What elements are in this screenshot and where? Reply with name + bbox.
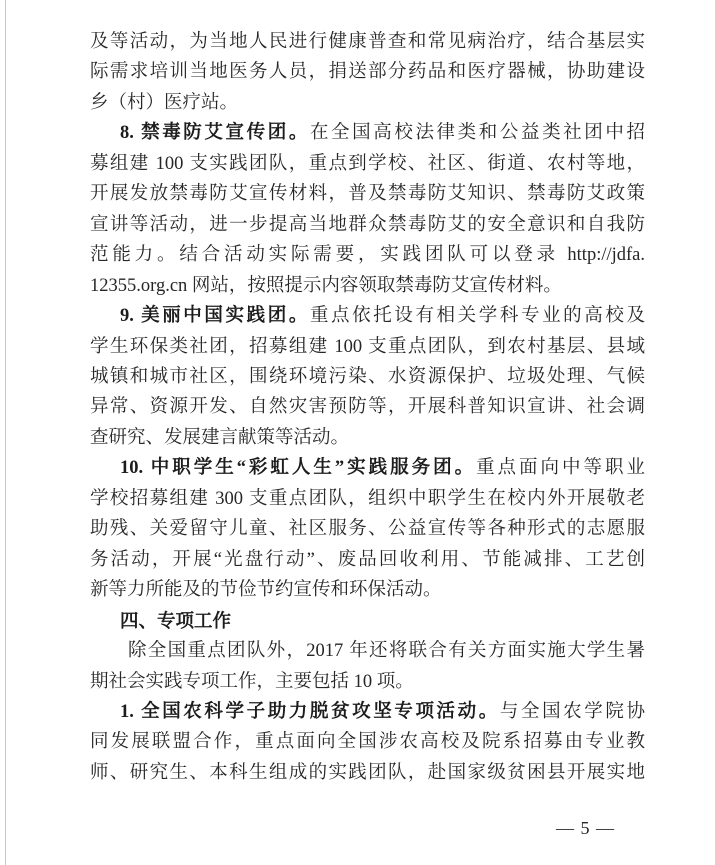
text-line: 际需求培训当地医务人员，捐送部分药品和医疗器械，协助建设 bbox=[90, 57, 645, 87]
body-text: 学生环保类社团，招募组建 100 支重点团队，到农村基层、县域 bbox=[90, 337, 645, 357]
section-heading: 四、专项工作 bbox=[90, 606, 645, 636]
lead-in-text: 8. 禁毒防艾宣传团。 bbox=[120, 123, 310, 143]
text-line: 12355.org.cn 网站，按照提示内容领取禁毒防艾宣传材料。 bbox=[90, 271, 645, 301]
text-line: 10. 中职学生“彩虹人生”实践服务团。重点面向中等职业 bbox=[90, 453, 645, 483]
body-text: 学校招募组建 300 支重点团队，组织中职学生在校内外开展敬老 bbox=[90, 489, 645, 509]
body-text: 范能力。结合活动实际需要，实践团队可以登录 http://jdfa. bbox=[90, 245, 645, 265]
body-text: 重点面向中等职业 bbox=[476, 458, 645, 478]
text-line: 异常、资源开发、自然灾害预防等，开展科普知识宣讲、社会调 bbox=[90, 392, 645, 422]
text-line: 学生环保类社团，招募组建 100 支重点团队，到农村基层、县域 bbox=[90, 332, 645, 362]
text-line: 务活动，开展“光盘行动”、废品回收利用、节能减排、工艺创 bbox=[90, 545, 645, 575]
body-text: 及等活动，为当地人民进行健康普查和常见病治疗，结合基层实 bbox=[90, 32, 645, 52]
body-text: 查研究、发展建言献策等活动。 bbox=[90, 428, 349, 448]
text-line: 开展发放禁毒防艾宣传材料，普及禁毒防艾知识、禁毒防艾政策 bbox=[90, 179, 645, 209]
lead-in-text: 10. 中职学生“彩虹人生”实践服务团。 bbox=[120, 458, 476, 478]
document-body: 及等活动，为当地人民进行健康普查和常见病治疗，结合基层实际需求培训当地医务人员，… bbox=[90, 27, 645, 788]
text-line: 查研究、发展建言献策等活动。 bbox=[90, 423, 645, 453]
body-text: 助残、关爱留守儿童、社区服务、公益宣传等各种形式的志愿服 bbox=[90, 519, 645, 539]
body-text: 乡（村）医疗站。 bbox=[90, 93, 238, 113]
page-edge-line bbox=[5, 0, 6, 865]
body-text: 同发展联盟合作，重点面向全国涉农高校及院系招募由专业教 bbox=[90, 732, 645, 752]
text-line: 8. 禁毒防艾宣传团。在全国高校法律类和公益类社团中招 bbox=[90, 118, 645, 148]
body-text: 异常、资源开发、自然灾害预防等，开展科普知识宣讲、社会调 bbox=[90, 397, 645, 417]
text-line: 学校招募组建 300 支重点团队，组织中职学生在校内外开展敬老 bbox=[90, 484, 645, 514]
text-line: 范能力。结合活动实际需要，实践团队可以登录 http://jdfa. bbox=[90, 240, 645, 270]
body-text: 新等力所能及的节俭节约宣传和环保活动。 bbox=[90, 580, 442, 600]
text-line: 新等力所能及的节俭节约宣传和环保活动。 bbox=[90, 575, 645, 605]
body-text: 与全国农学院协 bbox=[500, 702, 645, 722]
text-line: 同发展联盟合作，重点面向全国涉农高校及院系招募由专业教 bbox=[90, 727, 645, 757]
lead-in-text: 9. 美丽中国实践团。 bbox=[120, 306, 310, 326]
text-line: 募组建 100 支实践团队，重点到学校、社区、街道、农村等地， bbox=[90, 149, 645, 179]
body-text: 开展发放禁毒防艾宣传材料，普及禁毒防艾知识、禁毒防艾政策 bbox=[90, 184, 645, 204]
text-line: 9. 美丽中国实践团。重点依托设有相关学科专业的高校及 bbox=[90, 301, 645, 331]
text-line: 期社会实践专项工作，主要包括 10 项。 bbox=[90, 667, 645, 697]
text-line: 师、研究生、本科生组成的实践团队，赴国家级贫困县开展实地 bbox=[90, 758, 645, 788]
body-text: 在全国高校法律类和公益类社团中招 bbox=[310, 123, 645, 143]
body-text: 募组建 100 支实践团队，重点到学校、社区、街道、农村等地， bbox=[90, 154, 645, 174]
text-line: 1. 全国农科学子助力脱贫攻坚专项活动。与全国农学院协 bbox=[90, 697, 645, 727]
text-line: 助残、关爱留守儿童、社区服务、公益宣传等各种形式的志愿服 bbox=[90, 514, 645, 544]
body-text: 师、研究生、本科生组成的实践团队，赴国家级贫困县开展实地 bbox=[90, 763, 645, 783]
lead-in-text: 四、专项工作 bbox=[120, 610, 231, 631]
text-line: 宣讲等活动，进一步提高当地群众禁毒防艾的安全意识和自我防 bbox=[90, 210, 645, 240]
body-text: 际需求培训当地医务人员，捐送部分药品和医疗器械，协助建设 bbox=[90, 62, 645, 82]
text-line: 城镇和城市社区，围绕环境污染、水资源保护、垃圾处理、气候 bbox=[90, 362, 645, 392]
page-number: — 5 — bbox=[556, 813, 615, 843]
text-line: 乡（村）医疗站。 bbox=[90, 88, 645, 118]
body-text: 期社会实践专项工作，主要包括 10 项。 bbox=[90, 672, 414, 692]
text-line: 及等活动，为当地人民进行健康普查和常见病治疗，结合基层实 bbox=[90, 27, 645, 57]
body-text: 城镇和城市社区，围绕环境污染、水资源保护、垃圾处理、气候 bbox=[90, 367, 645, 387]
body-text: 12355.org.cn 网站，按照提示内容领取禁毒防艾宣传材料。 bbox=[90, 276, 562, 296]
body-text: 除全国重点团队外，2017 年还将联合有关方面实施大学生暑 bbox=[128, 641, 645, 661]
body-text: 重点依托设有相关学科专业的高校及 bbox=[310, 306, 645, 326]
body-text: 宣讲等活动，进一步提高当地群众禁毒防艾的安全意识和自我防 bbox=[90, 215, 645, 235]
lead-in-text: 1. 全国农科学子助力脱贫攻坚专项活动。 bbox=[120, 702, 500, 722]
document-page: 及等活动，为当地人民进行健康普查和常见病治疗，结合基层实际需求培训当地医务人员，… bbox=[0, 0, 715, 865]
body-text: 务活动，开展“光盘行动”、废品回收利用、节能减排、工艺创 bbox=[90, 550, 645, 570]
text-line: 除全国重点团队外，2017 年还将联合有关方面实施大学生暑 bbox=[90, 636, 645, 666]
